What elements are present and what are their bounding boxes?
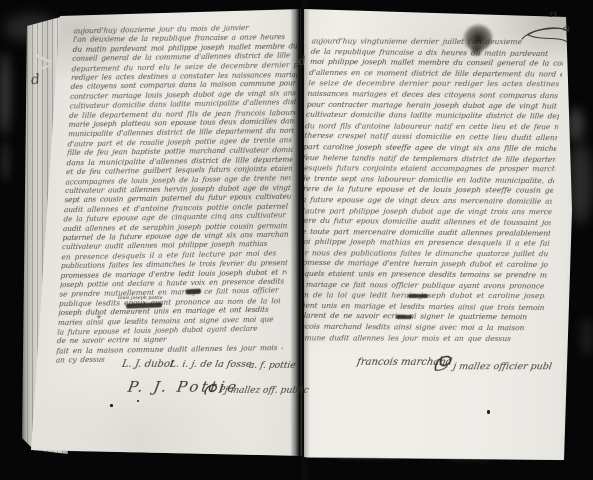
- signature-officer-right-text: j mallez officier publ: [452, 361, 553, 372]
- ink-dot: [110, 404, 113, 407]
- manuscript-line: commune dudit allennes les jour mois et …: [288, 333, 542, 344]
- background-shadow-blob: [581, 318, 593, 356]
- manuscript-line: la future epouse age de vingt deux ans m…: [299, 195, 553, 207]
- folio-number: 23: [549, 12, 557, 19]
- background-shadow-blob: [569, 142, 592, 224]
- ink-dot: [487, 410, 490, 414]
- ink-smudge: [408, 294, 428, 298]
- ink-dot: [137, 400, 139, 402]
- insertion-caret: +: [96, 313, 102, 321]
- interline-correction: louis joseph pottie: [118, 296, 163, 301]
- signature-dubot: L. J. dubot: [121, 359, 175, 370]
- scanned-register-spread: aujourd'huy douzieme jour du mois de jan…: [0, 0, 593, 480]
- manuscript-text-block-left: aujourd'huy douzieme jour du mois de jan…: [56, 22, 300, 365]
- signature-officer-left: Pj mallez off. public: [202, 382, 310, 396]
- ink-smudge: [396, 315, 412, 319]
- signature-pottie-witness: a. f. pottie: [248, 361, 296, 371]
- margin-letter-d-right: d: [297, 54, 306, 69]
- manuscript-line: francois marchand lesdits ainsi signe av…: [289, 322, 543, 334]
- manuscript-page-right: aujourd'huy vingtunieme dernier juillet …: [303, 6, 575, 464]
- background-shadow-blob: [0, 52, 10, 136]
- folio-flourish: [519, 23, 573, 47]
- signature-officer-right: j mallez officier publ: [430, 352, 554, 372]
- ink-smudge: [186, 289, 201, 294]
- manuscript-text-block-right: aujourd'huy vingtunieme dernier juillet …: [288, 36, 565, 345]
- signature-officer-left-text: Pj mallez off. public: [218, 386, 310, 396]
- signature-delafosse: L. i. j. de la fosse: [169, 359, 252, 370]
- background-shadow-blob: [568, 108, 584, 142]
- background-shadow-blob: [2, 140, 9, 182]
